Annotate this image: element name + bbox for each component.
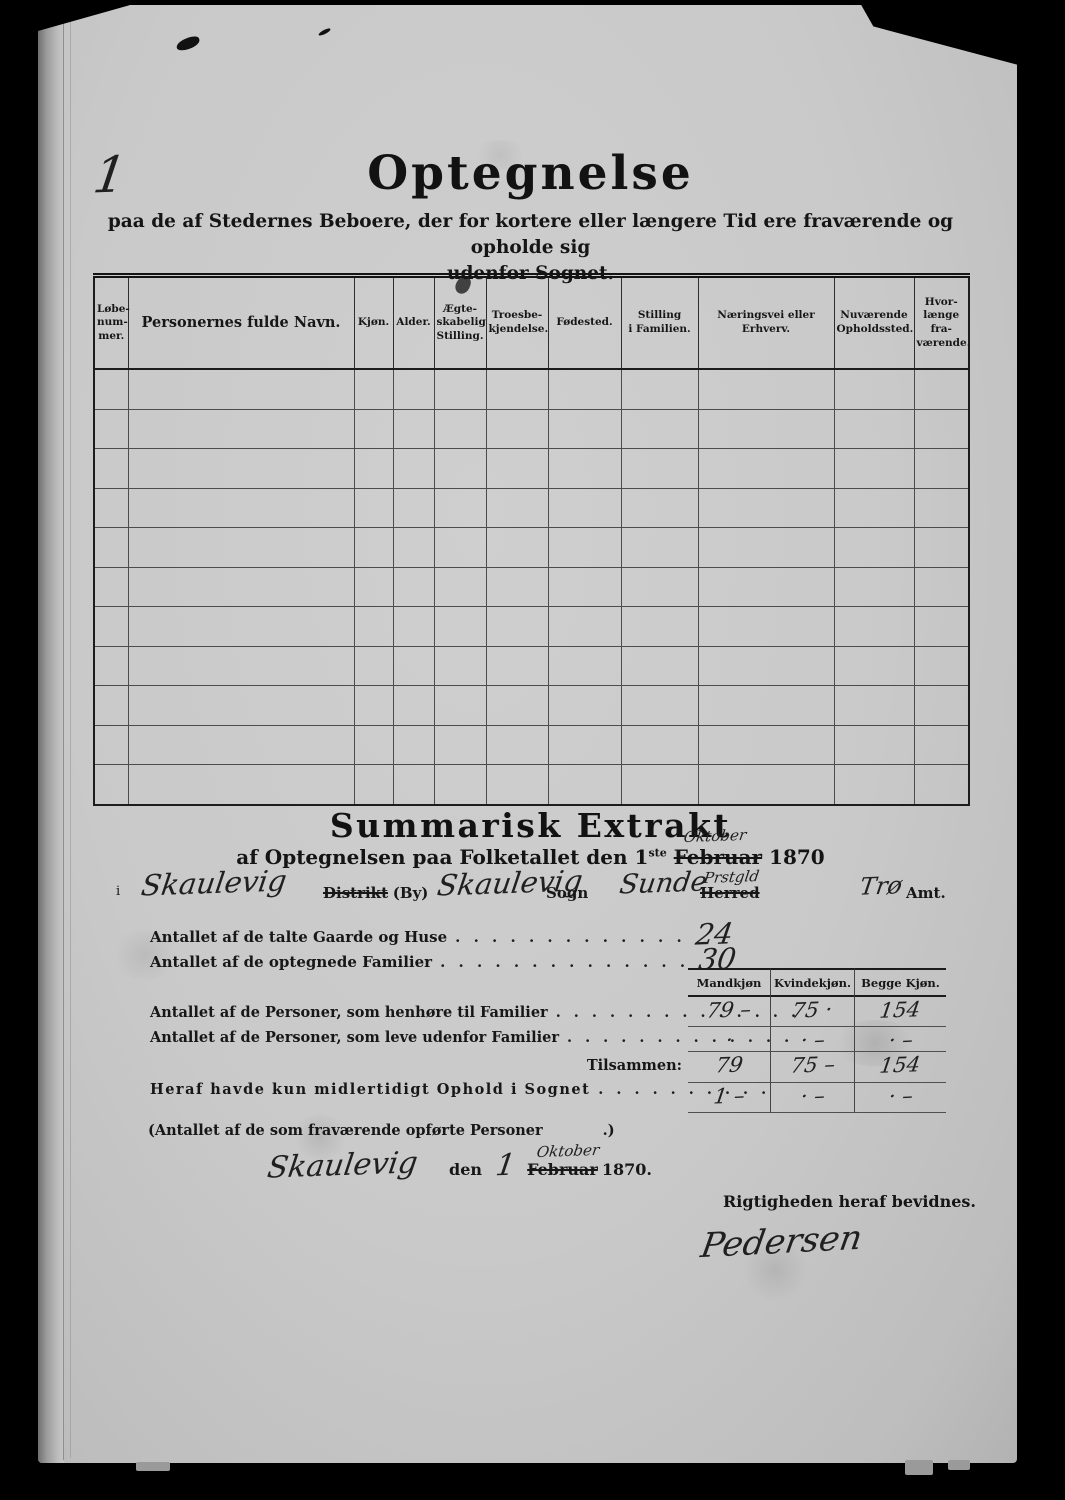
record-table-empty-cell (834, 567, 914, 607)
record-table-empty-cell (698, 607, 834, 647)
handwritten-value: 154 (879, 1051, 923, 1078)
record-table-empty-cell (698, 765, 834, 805)
record-table-empty-cell (354, 646, 393, 686)
page-edge-line (70, 12, 71, 1458)
record-table-empty-row (94, 765, 969, 805)
record-table-empty-cell (434, 567, 486, 607)
record-table-empty-cell (94, 449, 128, 489)
footnote-gap (543, 1122, 603, 1139)
footnote: (Antallet af de som fraværende opførte P… (148, 1122, 615, 1139)
handwritten-place: Skaulevig (265, 1145, 420, 1185)
handwritten-value: 75 – (789, 1051, 837, 1079)
record-table-empty-cell (354, 449, 393, 489)
record-table-empty-cell (128, 725, 354, 765)
record-table-empty-cell (354, 567, 393, 607)
record-table-empty-cell (393, 607, 434, 647)
record-table-empty-cell (621, 409, 698, 449)
record-table-empty-cell (393, 488, 434, 528)
record-table-empty-row (94, 449, 969, 489)
record-table-empty-cell (698, 725, 834, 765)
record-table-empty-cell (834, 725, 914, 765)
record-table-empty-cell (94, 528, 128, 568)
record-table-empty-cell (94, 686, 128, 726)
record-table-empty-cell (834, 369, 914, 409)
totals-table: Mandkjøn Kvindekjøn. Begge Kjøn. 79 – 75… (688, 968, 946, 1113)
handwritten-value: · – (887, 1027, 915, 1054)
record-table-empty-cell (834, 765, 914, 805)
handwritten-value: 1 – (712, 1082, 746, 1109)
dateline-year: 1870. (602, 1160, 652, 1179)
record-table-empty-cell (548, 449, 621, 489)
record-table-empty-cell (128, 567, 354, 607)
handwritten-value: 79 – (705, 996, 753, 1024)
record-table-empty-row (94, 488, 969, 528)
record-table-empty-cell (834, 528, 914, 568)
form-title: Optegnelse (93, 146, 968, 201)
record-table-empty-cell (393, 567, 434, 607)
col-header-fulde-navn: Personernes fulde Navn. (128, 276, 354, 370)
handwritten-value: 75 · (791, 996, 835, 1023)
district-label-struck: Distrikt (323, 884, 388, 902)
heraf-label: Heraf havde kun midlertidigt Ophold i So… (150, 1081, 770, 1098)
record-table-empty-cell (94, 765, 128, 805)
dateline: Skaulevig den 1 Februar Oktober 1870. (268, 1148, 652, 1183)
handwritten-district: Skaulevig (139, 863, 289, 902)
record-table-empty-cell (548, 725, 621, 765)
record-table-empty-cell (698, 646, 834, 686)
record-table-empty-cell (128, 765, 354, 805)
totals-header-mandkjon: Mandkjøn (688, 968, 770, 997)
ordinal-suffix: ste (648, 846, 666, 859)
col-header-alder: Alder. (393, 276, 434, 370)
record-table-empty-cell (914, 369, 969, 409)
record-table-empty-cell (486, 725, 548, 765)
record-table-empty-cell (548, 528, 621, 568)
record-table-empty-cell (486, 646, 548, 686)
record-table-empty-cell (486, 409, 548, 449)
record-table-empty-cell (393, 686, 434, 726)
record-table-empty-cell (393, 646, 434, 686)
page-edge-bump (905, 1460, 933, 1475)
record-table-empty-cell (434, 607, 486, 647)
record-table-header: Løbe- num- mer. Personernes fulde Navn. … (94, 276, 969, 370)
struck-month: Februar (674, 845, 762, 869)
page-edge-line (63, 8, 64, 1460)
location-lead: i (116, 884, 120, 899)
attestation-label: Rigtigheden heraf bevidnes. (723, 1192, 976, 1211)
handwritten-value: · – (799, 1083, 827, 1110)
record-table-empty-cell (621, 607, 698, 647)
record-table-empty-row (94, 409, 969, 449)
handwritten-month: Oktober (682, 826, 747, 846)
record-table-empty-row (94, 607, 969, 647)
handwritten-value: 79 (714, 1052, 745, 1079)
record-table-empty-cell (834, 449, 914, 489)
record-table-empty-cell (548, 369, 621, 409)
heraf-text: Heraf havde kun midlertidigt Ophold i So… (150, 1081, 590, 1098)
record-table-empty-cell (434, 409, 486, 449)
record-table-empty-cell (393, 369, 434, 409)
record-table-empty-row (94, 567, 969, 607)
record-table-empty-cell (393, 528, 434, 568)
record-table-empty-cell (621, 765, 698, 805)
record-table-empty-cell (434, 449, 486, 489)
month-correction-block: Februar Oktober (527, 1160, 598, 1179)
page-edge-bump (948, 1460, 970, 1470)
footnote-text: (Antallet af de som fraværende opførte P… (148, 1122, 543, 1139)
record-table-empty-cell (914, 646, 969, 686)
record-table-empty-cell (354, 607, 393, 647)
record-table-body (94, 369, 969, 805)
record-table-empty-row (94, 369, 969, 409)
record-table-empty-cell (548, 488, 621, 528)
count-line-familier: Antallet af de optegnede Familier . . . … (150, 940, 736, 974)
handwritten-value: · – (799, 1027, 827, 1054)
col-header-opholdssted: Nuværende Opholdssted. (834, 276, 914, 370)
record-table-empty-cell (914, 567, 969, 607)
district-label-rest: (By) (393, 884, 429, 902)
record-table-empty-cell (548, 646, 621, 686)
record-table-empty-cell (914, 488, 969, 528)
record-table-empty-cell (94, 725, 128, 765)
record-table-empty-cell (698, 369, 834, 409)
record-table-empty-cell (434, 686, 486, 726)
record-table-empty-cell (548, 765, 621, 805)
totals-header-kvindekjon: Kvindekjøn. (770, 968, 854, 997)
record-table-empty-cell (354, 725, 393, 765)
record-table-empty-cell (128, 646, 354, 686)
record-table-empty-cell (128, 449, 354, 489)
record-table-empty-cell (548, 686, 621, 726)
struck-month: Februar (527, 1160, 598, 1179)
record-table-empty-cell (434, 725, 486, 765)
handwritten-value: · (724, 1027, 734, 1053)
record-table-empty-cell (94, 409, 128, 449)
record-table-empty-cell (621, 528, 698, 568)
record-table-empty-cell (94, 567, 128, 607)
tilsammen-text: Tilsammen: (587, 1057, 682, 1074)
month-correction-block: Februar Oktober (674, 845, 762, 869)
page-edge-left (38, 5, 64, 1463)
record-table-empty-cell (914, 725, 969, 765)
record-table-empty-cell (486, 528, 548, 568)
record-table-empty-cell (621, 567, 698, 607)
count-line-familier-label: Antallet af de optegnede Familier (150, 953, 432, 971)
handwritten-month: Oktober (536, 1141, 601, 1161)
record-table-empty-cell (354, 765, 393, 805)
totals-header-begge-kjon: Begge Kjøn. (854, 968, 946, 997)
page-edge-bump (136, 1462, 170, 1471)
record-table-empty-cell (486, 567, 548, 607)
totals-row1-text: Antallet af de Personer, som henhøre til… (150, 1004, 548, 1021)
record-table-empty-cell (621, 646, 698, 686)
record-table-empty-cell (434, 369, 486, 409)
record-table-empty-cell (486, 449, 548, 489)
record-table-empty-cell (914, 765, 969, 805)
record-table-empty-cell (914, 449, 969, 489)
record-table-empty-cell (128, 686, 354, 726)
record-table-empty-cell (548, 409, 621, 449)
record-table-empty-cell (128, 528, 354, 568)
col-header-fodested: Fødested. (548, 276, 621, 370)
col-header-kjon: Kjøn. (354, 276, 393, 370)
record-table-empty-cell (393, 725, 434, 765)
handwritten-herred-overwrite: Prstgld (703, 867, 761, 887)
record-table-empty-cell (128, 369, 354, 409)
record-table-empty-cell (94, 488, 128, 528)
handwritten-herred: Sunde (618, 866, 709, 900)
record-table-empty-cell (548, 567, 621, 607)
record-table-empty-cell (834, 607, 914, 647)
record-table-empty-cell (548, 607, 621, 647)
record-table-empty-cell (94, 607, 128, 647)
amt-label: Amt. (906, 884, 946, 902)
record-table-empty-cell (621, 449, 698, 489)
record-table-empty-cell (354, 686, 393, 726)
record-table-empty-cell (914, 607, 969, 647)
record-table-empty-cell (486, 369, 548, 409)
district-label: Distrikt (By) (323, 884, 428, 902)
record-table-empty-cell (94, 369, 128, 409)
dotted-leader: . . . . . . . . . . . . . . (440, 953, 689, 971)
record-table-empty-cell (393, 409, 434, 449)
record-table-empty-cell (834, 686, 914, 726)
record-table-empty-cell (698, 449, 834, 489)
record-table-empty-row (94, 686, 969, 726)
record-table-empty-cell (914, 686, 969, 726)
record-table-empty-cell (486, 686, 548, 726)
record-table-empty-cell (486, 607, 548, 647)
record-table-empty-cell (128, 607, 354, 647)
tilsammen-label: Tilsammen: (560, 1057, 682, 1074)
record-table-empty-cell (621, 369, 698, 409)
record-table-empty-cell (393, 449, 434, 489)
record-table: Løbe- num- mer. Personernes fulde Navn. … (93, 273, 970, 806)
record-table-empty-cell (834, 409, 914, 449)
record-table-empty-cell (834, 646, 914, 686)
record-table-empty-row (94, 725, 969, 765)
record-table-empty-cell (486, 488, 548, 528)
record-table-empty-cell (434, 488, 486, 528)
record-table-empty-cell (698, 528, 834, 568)
handwritten-amt: Trø (858, 871, 904, 900)
record-table-empty-cell (486, 765, 548, 805)
col-header-aegteskabelig-stilling: Ægte- skabelig Stilling. (434, 276, 486, 370)
record-table-empty-cell (698, 488, 834, 528)
record-table-empty-cell (393, 765, 434, 805)
record-table-empty-cell (698, 409, 834, 449)
record-table-empty-cell (621, 725, 698, 765)
record-table-empty-cell (128, 488, 354, 528)
scanned-census-page: 1 Optegnelse paa de af Stedernes Beboere… (0, 0, 1065, 1500)
handwritten-value: · – (887, 1083, 915, 1110)
record-table-empty-row (94, 528, 969, 568)
record-table-empty-cell (354, 409, 393, 449)
record-table-empty-cell (621, 488, 698, 528)
record-table-empty-cell (354, 528, 393, 568)
record-table-empty-cell (914, 528, 969, 568)
col-header-lobenummer: Løbe- num- mer. (94, 276, 128, 370)
record-table-empty-cell (94, 646, 128, 686)
handwritten-day: 1 (494, 1148, 518, 1184)
record-table-empty-cell (354, 369, 393, 409)
herred-label-block: HerredPrstgld (700, 884, 760, 902)
handwritten-value: 154 (879, 996, 923, 1023)
record-table-empty-cell (434, 765, 486, 805)
record-table-empty-cell (128, 409, 354, 449)
summary-heading: Summarisk Extrakt (93, 806, 968, 845)
summary-year: 1870 (769, 845, 825, 869)
col-header-naeringsvei: Næringsvei eller Erhverv. (698, 276, 834, 370)
record-table-empty-cell (698, 686, 834, 726)
footnote-close: .) (603, 1122, 615, 1139)
col-header-stilling-i-familien: Stilling i Familien. (621, 276, 698, 370)
summary-subheading-prefix: af Optegnelsen paa Folketallet den 1 (236, 845, 648, 869)
record-table-empty-cell (354, 488, 393, 528)
col-header-hvorlaenge: Hvor- længe fra- værende. (914, 276, 969, 370)
record-table-empty-cell (698, 567, 834, 607)
record-table-empty-cell (914, 409, 969, 449)
form-subtitle-line1: paa de af Stedernes Beboere, der for kor… (93, 209, 968, 261)
record-table-empty-cell (434, 528, 486, 568)
record-table-empty-cell (834, 488, 914, 528)
totals-row2-text: Antallet af de Personer, som leve udenfo… (150, 1029, 559, 1046)
sogn-label: Sogn (546, 884, 588, 902)
den-label: den (449, 1160, 482, 1179)
record-table-empty-row (94, 646, 969, 686)
record-table-empty-cell (621, 686, 698, 726)
record-table-empty-cell (434, 646, 486, 686)
col-header-troesbekjendelse: Troesbe- kjendelse. (486, 276, 548, 370)
